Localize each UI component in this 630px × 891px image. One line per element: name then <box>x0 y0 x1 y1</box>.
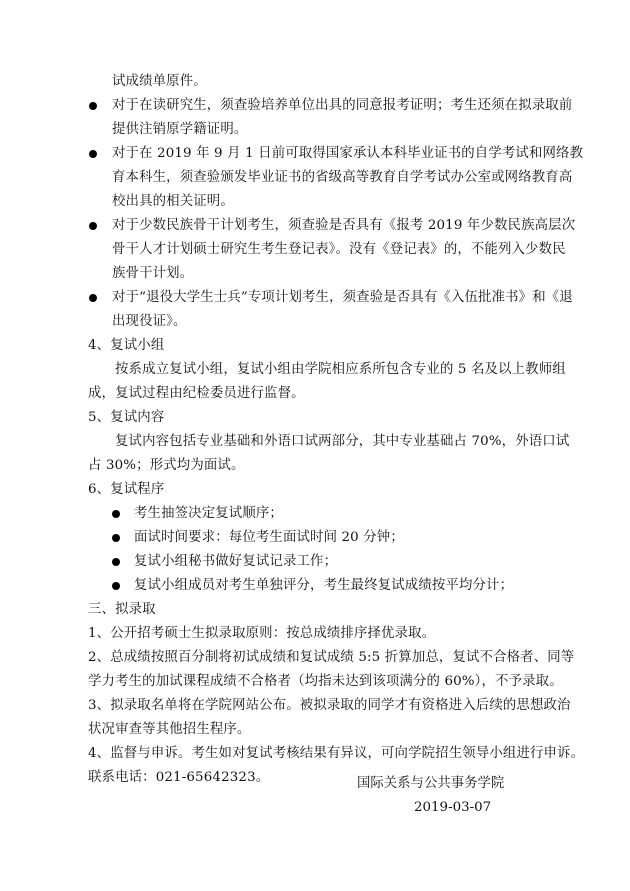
bullet-text: 族骨干计划。 <box>112 262 544 286</box>
section-heading: 6、复试程序 <box>88 478 544 502</box>
bullet-text: 对于在读研究生，须查验培养单位出具的同意报考证明；考生还须在拟录取前 <box>112 94 544 118</box>
part-heading: 三、拟录取 <box>88 598 544 622</box>
section-heading: 4、复试小组 <box>88 334 544 358</box>
document-page: 试成绩单原件。 对于在读研究生，须查验培养单位出具的同意报考证明；考生还须在拟录… <box>0 0 630 891</box>
admission-item: 学力考生的加试课程成绩不合格者（均指未达到该项满分的 60%），不予录取。 <box>88 670 544 694</box>
procedure-item: 复试小组成员对考生单独评分，考生最终复试成绩按平均分计； <box>134 574 544 598</box>
bullet-text: 出现役证》。 <box>112 310 544 334</box>
admission-item: 4、监督与申诉。考生如对复试考核结果有异议，可向学院招生领导小组进行申诉。 <box>88 742 544 766</box>
bullet-icon <box>89 150 97 158</box>
section-heading: 5、复试内容 <box>88 406 544 430</box>
continuation-text: 试成绩单原件。 <box>112 70 544 94</box>
bullet-icon <box>112 534 120 542</box>
paragraph-text: 占 30%；形式均为面试。 <box>88 454 544 478</box>
admission-item: 3、拟录取名单将在学院网站公布。被拟录取的同学才有资格进入后续的思想政治 <box>88 694 544 718</box>
bullet-text: 校出具的相关证明。 <box>112 190 544 214</box>
procedure-item: 复试小组秘书做好复试记录工作； <box>134 550 544 574</box>
paragraph-text: 复试内容包括专业基础和外语口试两部分，其中专业基础占 70%，外语口试 <box>88 430 544 454</box>
signature-organization: 国际关系与公共事务学院 <box>357 772 504 796</box>
bullet-icon <box>89 294 97 302</box>
procedure-item: 面试时间要求：每位考生面试时间 20 分钟； <box>134 526 544 550</box>
admission-item: 2、总成绩按照百分制将初试成绩和复试成绩 5:5 折算加总，复试不合格者、同等 <box>88 646 544 670</box>
bullet-icon <box>112 510 120 518</box>
admission-item: 状况审查等其他招生程序。 <box>88 718 544 742</box>
procedure-item: 考生抽签决定复试顺序； <box>134 502 544 526</box>
bullet-text: 对于“退役大学生士兵”专项计划考生，须查验是否具有《入伍批准书》和《退 <box>112 286 544 310</box>
signature-date: 2019-03-07 <box>414 796 491 820</box>
bullet-text: 对于少数民族骨干计划考生，须查验是否具有《报考 2019 年少数民族高层次 <box>112 214 544 238</box>
admission-item: 1、公开招考硕士生拟录取原则：按总成绩排序择优录取。 <box>88 622 544 646</box>
bullet-text: 对于在 2019 年 9 月 1 日前可取得国家承认本科毕业证书的自学考试和网络… <box>112 142 544 166</box>
bullet-icon <box>112 558 120 566</box>
paragraph-text: 成，复试过程由纪检委员进行监督。 <box>88 382 544 406</box>
bullet-text: 提供注销原学籍证明。 <box>112 118 544 142</box>
bullet-icon <box>89 222 97 230</box>
bullet-icon <box>112 582 120 590</box>
paragraph-text: 按系成立复试小组，复试小组由学院相应系所包含专业的 5 名及以上教师组 <box>88 358 544 382</box>
bullet-text: 育本科生，须查验颁发毕业证书的省级高等教育自学考试办公室或网络教育高 <box>112 166 544 190</box>
bullet-icon <box>89 102 97 110</box>
bullet-text: 骨干人才计划硕士研究生考生登记表》。没有《登记表》的，不能列入少数民 <box>112 238 544 262</box>
